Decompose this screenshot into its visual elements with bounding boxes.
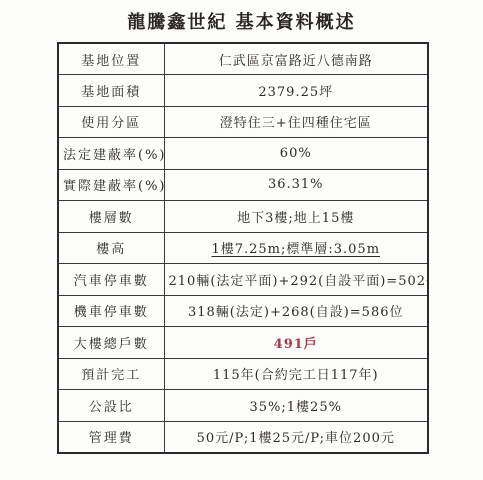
row-value: 地下3樓;地上15樓 <box>164 201 428 233</box>
row-value-text: 50元/P;1樓25元/P;車位200元 <box>197 431 395 446</box>
row-label: 基地位置 <box>58 43 164 75</box>
table-row: 公設比35%;1樓25% <box>58 390 428 422</box>
row-label: 大樓總戶數 <box>58 327 164 359</box>
info-table: 基地位置仁武區京富路近八德南路基地面積2379.25坪使用分區澄特住三+住四種住… <box>57 42 429 454</box>
row-value: 115年(合約完工日117年) <box>164 358 428 390</box>
table-row: 汽車停車數210輛(法定平面)+292(自設平面)=502位 <box>58 264 428 296</box>
table-row: 樓高1樓7.25m;標準層:3.05m <box>58 232 428 264</box>
row-value-text: 1樓7.25m;標準層:3.05m <box>211 242 380 257</box>
row-value: 60% <box>164 138 428 170</box>
row-value-text: 60% <box>280 146 312 161</box>
table-row: 機車停車數318輛(法定)+268(自設)=586位 <box>58 295 428 327</box>
row-value-text: 115年(合約完工日117年) <box>213 368 379 383</box>
table-row: 使用分區澄特住三+住四種住宅區 <box>58 106 428 138</box>
row-value-text: 36.31% <box>268 177 324 192</box>
row-value-text: 35%;1樓25% <box>250 400 342 415</box>
table-row: 樓層數地下3樓;地上15樓 <box>58 201 428 233</box>
row-value: 2379.25坪 <box>164 75 428 107</box>
row-label: 公設比 <box>58 390 164 422</box>
row-label: 使用分區 <box>58 106 164 138</box>
page-title: 龍騰鑫世紀 基本資料概述 <box>0 8 483 34</box>
table-row: 大樓總戶數491戶 <box>58 327 428 359</box>
row-value: 318輛(法定)+268(自設)=586位 <box>164 295 428 327</box>
row-value-text: 210輛(法定平面)+292(自設平面)=502位 <box>169 274 429 289</box>
table-row: 實際建蔽率(%)36.31% <box>58 169 428 201</box>
row-value-text: 地下3樓;地上15樓 <box>237 211 354 226</box>
row-label: 樓高 <box>58 232 164 264</box>
row-label: 汽車停車數 <box>58 264 164 296</box>
row-label: 管理費 <box>58 421 164 453</box>
row-label: 實際建蔽率(%) <box>58 169 164 201</box>
row-label: 基地面積 <box>58 75 164 107</box>
table-row: 法定建蔽率(%)60% <box>58 138 428 170</box>
row-label: 法定建蔽率(%) <box>58 138 164 170</box>
row-value-text: 318輛(法定)+268(自設)=586位 <box>188 305 404 320</box>
row-value-text: 2379.25坪 <box>258 85 333 100</box>
row-label: 樓層數 <box>58 201 164 233</box>
document-page: 龍騰鑫世紀 基本資料概述 基地位置仁武區京富路近八德南路基地面積2379.25坪… <box>0 0 483 480</box>
row-value: 210輛(法定平面)+292(自設平面)=502位 <box>164 264 428 296</box>
row-value: 491戶 <box>164 327 428 359</box>
row-label: 預計完工 <box>58 358 164 390</box>
row-value-text: 仁武區京富路近八德南路 <box>219 54 373 69</box>
row-value-highlight: 491戶 <box>274 337 318 352</box>
table-row: 基地面積2379.25坪 <box>58 75 428 107</box>
row-value: 36.31% <box>164 169 428 201</box>
row-value: 50元/P;1樓25元/P;車位200元 <box>164 421 428 453</box>
row-value: 仁武區京富路近八德南路 <box>164 43 428 75</box>
table-row: 管理費50元/P;1樓25元/P;車位200元 <box>58 421 428 453</box>
row-label: 機車停車數 <box>58 295 164 327</box>
row-value: 1樓7.25m;標準層:3.05m <box>164 232 428 264</box>
table-row: 預計完工115年(合約完工日117年) <box>58 358 428 390</box>
row-value-text: 澄特住三+住四種住宅區 <box>220 116 372 131</box>
info-table-body: 基地位置仁武區京富路近八德南路基地面積2379.25坪使用分區澄特住三+住四種住… <box>58 43 428 453</box>
row-value: 35%;1樓25% <box>164 390 428 422</box>
row-value: 澄特住三+住四種住宅區 <box>164 106 428 138</box>
table-row: 基地位置仁武區京富路近八德南路 <box>58 43 428 75</box>
